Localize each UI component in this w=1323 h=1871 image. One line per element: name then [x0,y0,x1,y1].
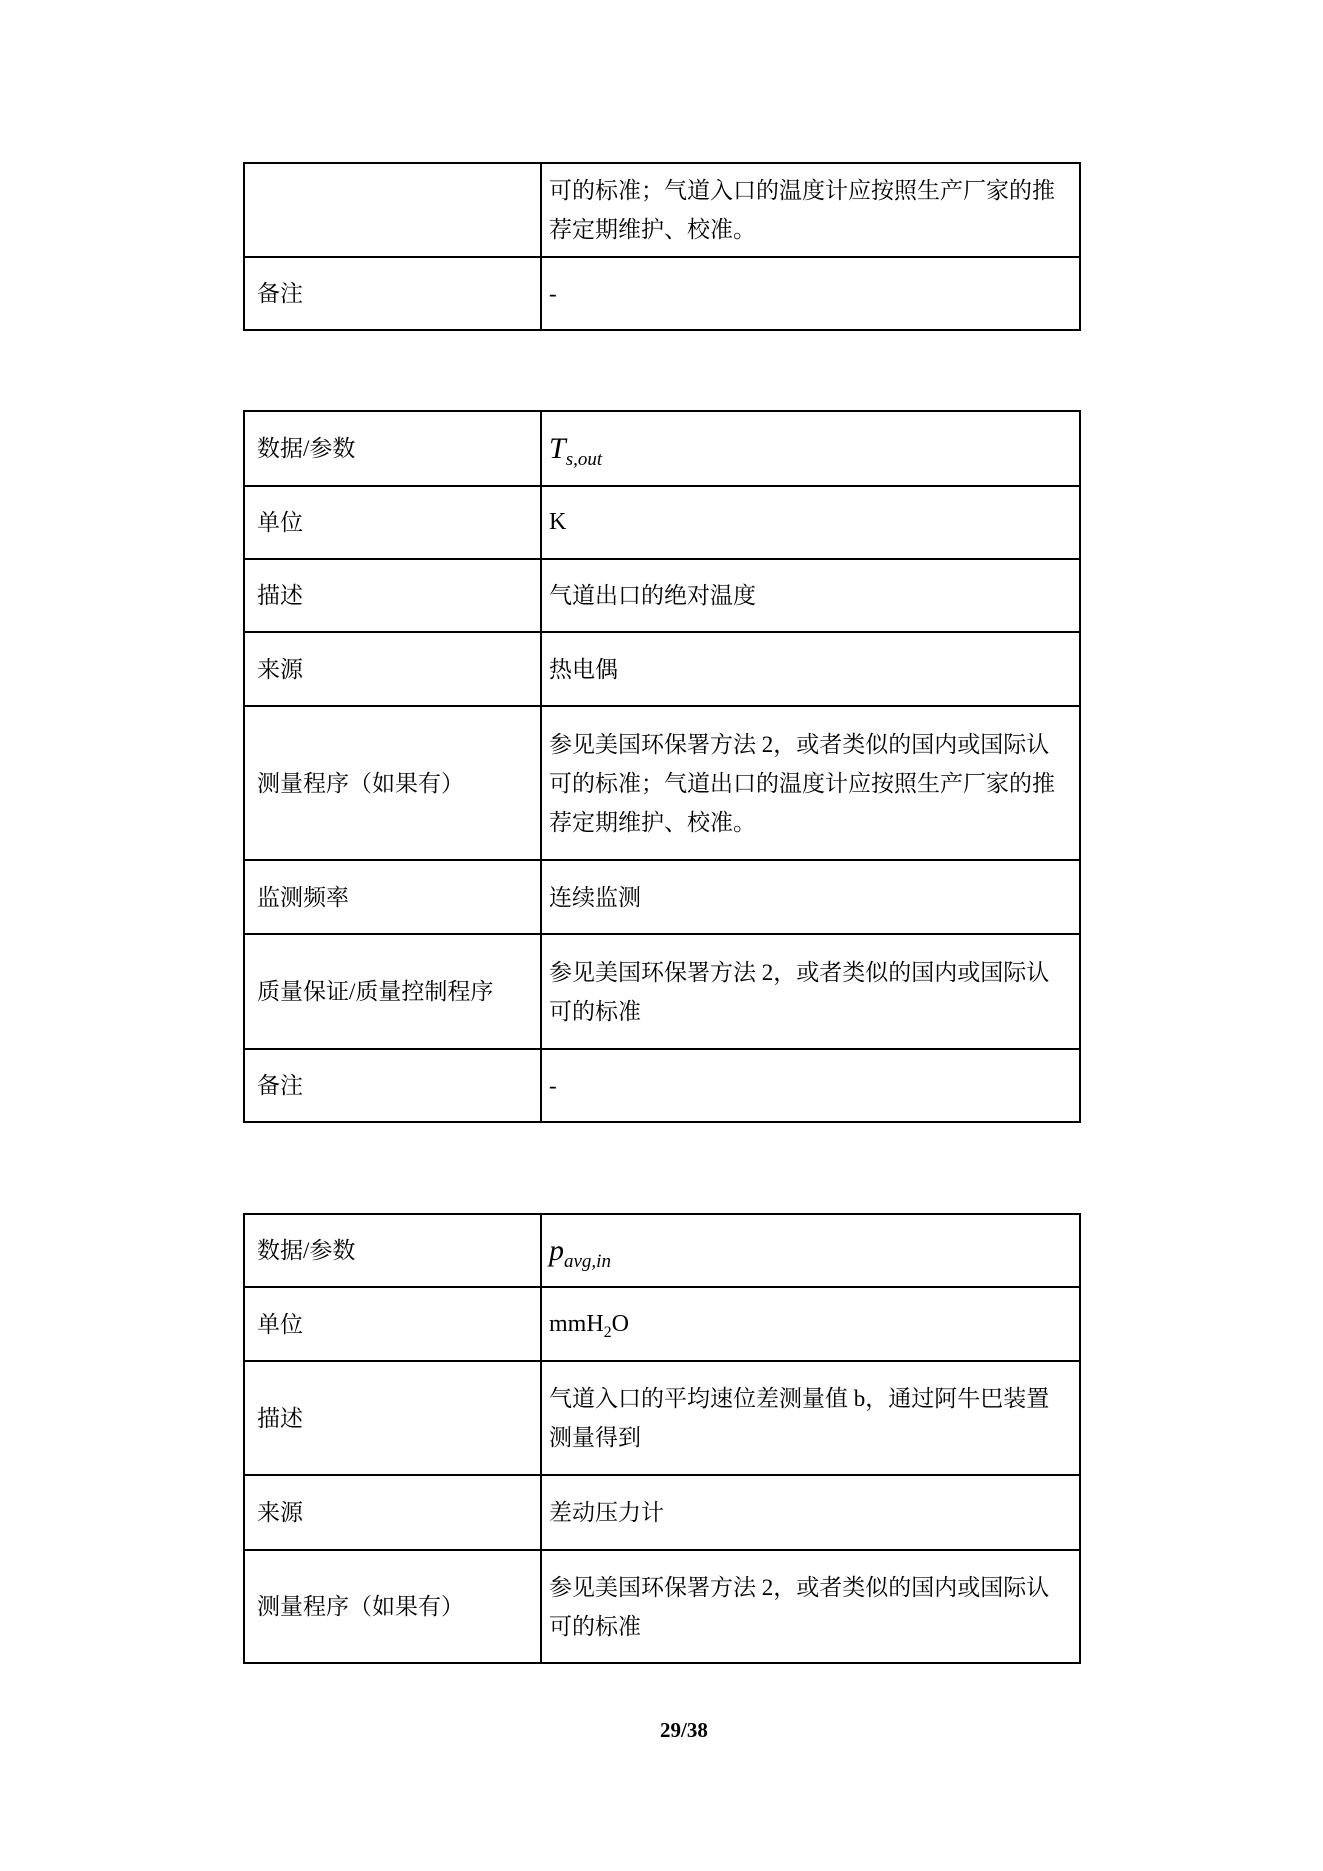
row-label: 来源 [244,632,541,706]
row-label: 单位 [244,486,541,559]
unit-base: O [612,1311,629,1337]
parameter-table-ts-out: 数据/参数 Ts,out 单位 K 描述 气道出口的绝对温度 来源 热电偶 测量… [243,410,1081,1123]
row-label: 描述 [244,559,541,632]
table-row: 描述 气道出口的绝对温度 [244,559,1080,632]
formula-base: p [549,1234,564,1267]
row-value-formula: Ts,out [541,411,1080,486]
table-row: 监测频率 连续监测 [244,860,1080,934]
row-label: 测量程序（如果有） [244,1550,541,1663]
row-label: 描述 [244,1361,541,1475]
formula-subscript: s,out [566,449,602,470]
table-row: 来源 差动压力计 [244,1475,1080,1550]
row-label: 数据/参数 [244,1214,541,1287]
table-row: 描述 气道入口的平均速位差测量值 b，通过阿牛巴装置 测量得到 [244,1361,1080,1475]
row-label: 备注 [244,1049,541,1122]
table-row: 单位 mmH2O [244,1287,1080,1361]
document-page: 可的标准；气道入口的温度计应按照生产厂家的推 荐定期维护、校准。 备注 - 数据… [0,0,1323,1871]
table-row: 测量程序（如果有） 参见美国环保署方法 2，或者类似的国内或国际认 可的标准；气… [244,706,1080,860]
table-row: 单位 K [244,486,1080,559]
table-row: 备注 - [244,257,1080,330]
row-value: 差动压力计 [541,1475,1080,1550]
parameter-table-continued: 可的标准；气道入口的温度计应按照生产厂家的推 荐定期维护、校准。 备注 - [243,162,1081,331]
row-value: 参见美国环保署方法 2，或者类似的国内或国际认 可的标准；气道出口的温度计应按照… [541,706,1080,860]
row-value: 参见美国环保署方法 2，或者类似的国内或国际认 可的标准 [541,1550,1080,1663]
formula-subscript: avg,in [564,1251,611,1272]
table-row: 质量保证/质量控制程序 参见美国环保署方法 2，或者类似的国内或国际认 可的标准 [244,934,1080,1049]
unit-subscript: 2 [604,1323,612,1340]
table-row: 数据/参数 pavg,in [244,1214,1080,1287]
unit-base: mmH [549,1311,604,1337]
row-value: 气道出口的绝对温度 [541,559,1080,632]
parameter-table-p-avg-in: 数据/参数 pavg,in 单位 mmH2O 描述 气道入口的平均速位差测量值 … [243,1213,1081,1664]
row-value: - [541,1049,1080,1122]
row-value: 可的标准；气道入口的温度计应按照生产厂家的推 荐定期维护、校准。 [541,163,1080,257]
row-value: 热电偶 [541,632,1080,706]
table-row: 测量程序（如果有） 参见美国环保署方法 2，或者类似的国内或国际认 可的标准 [244,1550,1080,1663]
formula-base: T [549,432,566,465]
table-row: 备注 - [244,1049,1080,1122]
row-label: 测量程序（如果有） [244,706,541,860]
table-row: 可的标准；气道入口的温度计应按照生产厂家的推 荐定期维护、校准。 [244,163,1080,257]
row-value: 参见美国环保署方法 2，或者类似的国内或国际认 可的标准 [541,934,1080,1049]
row-label: 单位 [244,1287,541,1361]
row-value: 连续监测 [541,860,1080,934]
row-value: 气道入口的平均速位差测量值 b，通过阿牛巴装置 测量得到 [541,1361,1080,1475]
row-label: 来源 [244,1475,541,1550]
row-value-formula: pavg,in [541,1214,1080,1287]
row-label: 备注 [244,257,541,330]
row-value: - [541,257,1080,330]
row-label: 数据/参数 [244,411,541,486]
row-label: 监测频率 [244,860,541,934]
table-row: 数据/参数 Ts,out [244,411,1080,486]
row-value-unit: mmH2O [541,1287,1080,1361]
row-value: K [541,486,1080,559]
page-number: 29/38 [660,1720,708,1741]
row-label: 质量保证/质量控制程序 [244,934,541,1049]
table-row: 来源 热电偶 [244,632,1080,706]
row-label [244,163,541,257]
